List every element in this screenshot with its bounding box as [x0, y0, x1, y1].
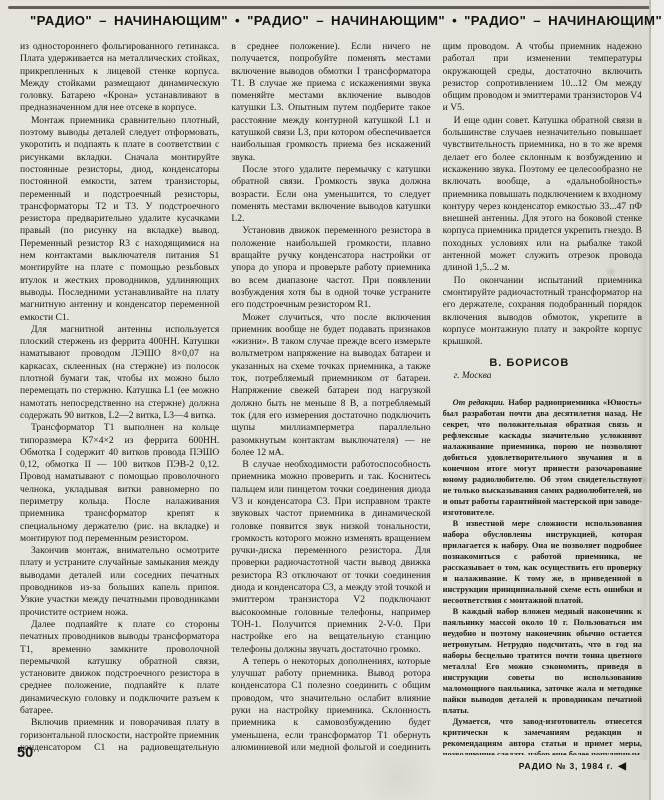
text-column-1: из одностороннего фольгированного гетина…: [20, 41, 219, 755]
article-body: из одностороннего фольгированного гетина…: [20, 41, 642, 755]
paragraph: Для магнитной антенны используется плоск…: [20, 324, 219, 422]
paragraph: Установив движок переменного резистора в…: [231, 225, 430, 311]
page-number: 50: [17, 745, 33, 761]
paragraph: Закончив монтаж, внимательно осмотрите п…: [20, 545, 219, 619]
editorial-paragraph: В известной мере сложности использования…: [443, 518, 642, 606]
paragraph: Далее подпаяйте к плате со стороны печат…: [20, 619, 219, 717]
author-signature: В. БОРИСОВ: [443, 357, 642, 369]
page-right-edge: [649, 0, 664, 800]
author-city: г. Москва: [443, 370, 642, 382]
paragraph: А теперь о некоторых дополнениях, которы…: [231, 656, 430, 755]
paragraph: После этого удалите перемычку с катушки …: [231, 164, 430, 225]
paragraph: в среднее положение). Если ничего не пол…: [231, 41, 430, 164]
paragraph: В случае необходимости работоспособность…: [231, 459, 430, 656]
editorial-note: От редакции. Набор радиоприемника «Юност…: [443, 397, 642, 755]
paragraph: щим проводом. А чтобы приемник надежно р…: [443, 41, 642, 115]
editorial-lead: От редакции.: [453, 398, 505, 407]
issue-label: РАДИО № 3, 1984 г.: [519, 761, 614, 771]
paragraph: По окончании испытаний приемника смонтир…: [443, 275, 642, 349]
page-top-edge-line: [8, 6, 664, 9]
section-masthead: "РАДИО" – НАЧИНАЮЩИМ" • "РАДИО" – НАЧИНА…: [30, 13, 618, 28]
issue-footer: РАДИО № 3, 1984 г.◀: [519, 761, 626, 772]
text-column-2: в среднее положение). Если ничего не пол…: [231, 41, 430, 755]
paragraph: Включив приемник и поворачивая плату в г…: [20, 717, 219, 755]
editorial-paragraph: Думается, что завод-изготовитель отнесет…: [443, 716, 642, 755]
text-column-3: щим проводом. А чтобы приемник надежно р…: [443, 41, 642, 755]
paragraph: И еще один совет. Катушка обратной связи…: [443, 115, 642, 275]
editorial-text: Набор радиоприемника «Юность» был разраб…: [443, 398, 642, 517]
paragraph: Монтаж приемника сравнительно плотный, п…: [20, 115, 219, 324]
magazine-page: "РАДИО" – НАЧИНАЮЩИМ" • "РАДИО" – НАЧИНА…: [0, 0, 664, 800]
editorial-paragraph: От редакции. Набор радиоприемника «Юност…: [443, 397, 642, 518]
paragraph: Трансформатор Т1 выполнен на кольце типо…: [20, 422, 219, 545]
editorial-paragraph: В каждый набор вложен медный наконечник …: [443, 606, 642, 716]
issue-mark-icon: ◀: [618, 761, 626, 772]
paragraph: Может случиться, что после включения при…: [231, 312, 430, 460]
paragraph: из одностороннего фольгированного гетина…: [20, 41, 219, 115]
